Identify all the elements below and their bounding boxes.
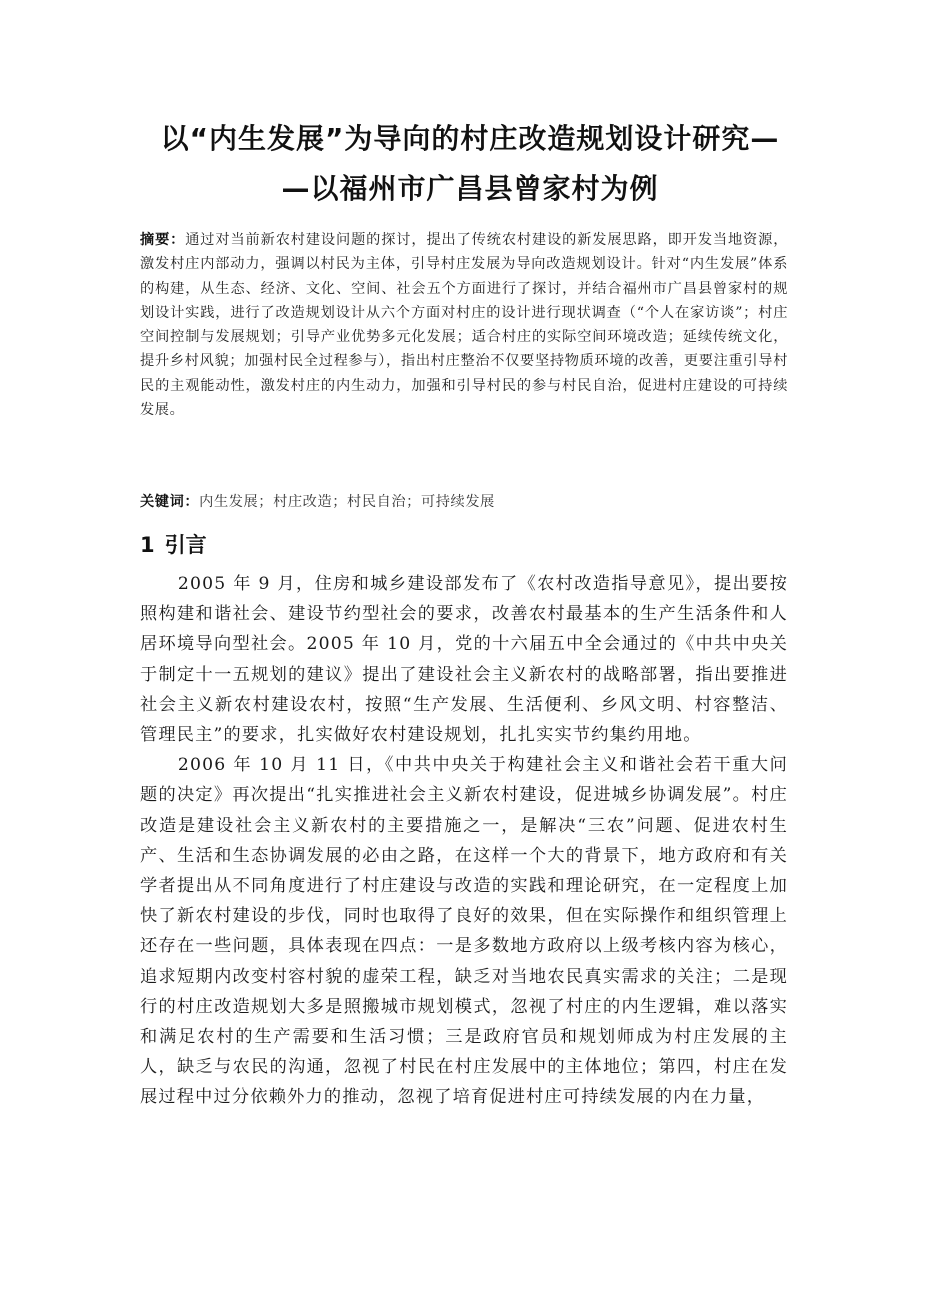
abstract: 摘要：通过对当前新农村建设问题的探讨，提出了传统农村建设的新发展思路，即开发当地…	[140, 228, 788, 422]
paragraph: 2006 年 10 月 11 日，《中共中央关于构建社会主义和谐社会若干重大问题…	[140, 750, 788, 1112]
keywords-label: 关键词：	[140, 494, 199, 510]
section-heading: 1引言	[140, 529, 207, 559]
paper-title-line-1: 以“内生发展”为导向的村庄改造规划设计研究—	[130, 117, 810, 157]
document-page: 以“内生发展”为导向的村庄改造规划设计研究— —以福州市广昌县曾家村为例 摘要：…	[0, 0, 926, 1309]
abstract-text: 通过对当前新农村建设问题的探讨，提出了传统农村建设的新发展思路，即开发当地资源，…	[140, 232, 788, 418]
keywords: 关键词：内生发展；村庄改造；村民自治；可持续发展	[140, 490, 788, 514]
body-text: 2005 年 9 月，住房和城乡建设部发布了《农村改造指导意见》，提出要按照构建…	[140, 569, 788, 1113]
section-number: 1	[140, 533, 155, 557]
paragraph: 2005 年 9 月，住房和城乡建设部发布了《农村改造指导意见》，提出要按照构建…	[140, 569, 788, 750]
section-title: 引言	[165, 533, 207, 557]
keywords-text: 内生发展；村庄改造；村民自治；可持续发展	[199, 494, 495, 510]
abstract-label: 摘要：	[140, 232, 185, 248]
paper-title-line-2: —以福州市广昌县曾家村为例	[130, 167, 810, 207]
